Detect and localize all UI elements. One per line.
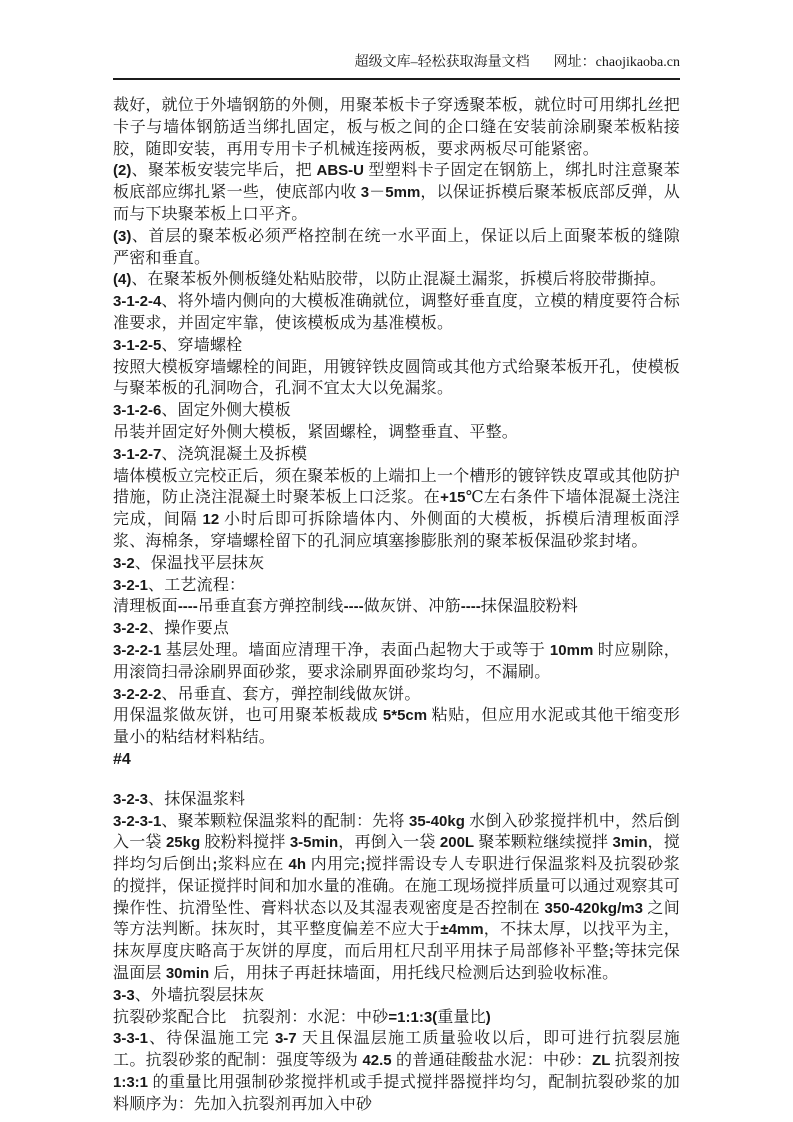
paragraph: 用保温浆做灰饼，也可用聚苯板裁成 5*5cm 粘贴，但应用水泥或其他干缩变形量小… [113, 705, 680, 749]
paragraph: 3-3、外墙抗裂层抹灰 [113, 985, 680, 1007]
paragraph: 清理板面----吊垂直套方弹控制线----做灰饼、冲筋----抹保温胶粉料 [113, 596, 680, 618]
paragraph: (2)、聚苯板安装完毕后，把 ABS-U 型塑料卡子固定在钢筋上，绑扎时注意聚苯… [113, 160, 680, 225]
url-label: 网址： [554, 55, 596, 70]
paragraph: 3-2-3、抹保温浆料 [113, 789, 680, 811]
document-body: 裁好，就位于外墙钢筋的外侧，用聚苯板卡子穿透聚苯板，就位时可用绑扎丝把卡子与墙体… [113, 95, 680, 1116]
page-header: 超级文库–轻松获取海量文档网址：chaojikaoba.cn [113, 0, 680, 78]
paragraph: 3-2、保温找平层抹灰 [113, 553, 680, 575]
paragraph: 抗裂砂浆配合比 抗裂剂：水泥：中砂=1:1:3(重量比) [113, 1007, 680, 1029]
paragraph: 墙体模板立完校正后，须在聚苯板的上端扣上一个槽形的镀锌铁皮罩或其他防护措施，防止… [113, 466, 680, 553]
paragraph: 3-2-1、工艺流程： [113, 575, 680, 597]
paragraph: 3-1-2-6、固定外侧大模板 [113, 400, 680, 422]
paragraph: 3-2-2-1 基层处理。墙面应清理干净，表面凸起物大于或等于 10mm 时应剔… [113, 640, 680, 684]
paragraph: 3-1-2-5、穿墙螺栓 [113, 335, 680, 357]
site-url: chaojikaoba.cn [596, 55, 680, 70]
paragraph: 3-1-2-7、浇筑混凝土及拆模 [113, 444, 680, 466]
paragraph: (4)、在聚苯板外侧板缝处粘贴胶带，以防止混凝土漏浆，拆模后将胶带撕掉。 [113, 269, 680, 291]
document-page: 超级文库–轻松获取海量文档网址：chaojikaoba.cn 裁好，就位于外墙钢… [0, 0, 793, 1122]
paragraph: 3-2-2、操作要点 [113, 618, 680, 640]
paragraph: 3-3-1、待保温施工完 3-7 天且保温层施工质量验收以后，即可进行抗裂层施工… [113, 1028, 680, 1115]
page-content: 超级文库–轻松获取海量文档网址：chaojikaoba.cn 裁好，就位于外墙钢… [113, 0, 680, 1116]
page-break-tag: #4 [113, 749, 680, 771]
paragraph: 按照大模板穿墙螺栓的间距，用镀锌铁皮圆筒或其他方式给聚苯板开孔，使模板与聚苯板的… [113, 357, 680, 401]
paragraph: 裁好，就位于外墙钢筋的外侧，用聚苯板卡子穿透聚苯板，就位时可用绑扎丝把卡子与墙体… [113, 95, 680, 160]
site-name: 超级文库–轻松获取海量文档 [355, 55, 530, 70]
paragraph: (3)、首层的聚苯板必须严格控制在统一水平面上，保证以后上面聚苯板的缝隙严密和垂… [113, 226, 680, 270]
paragraph: 3-1-2-4、将外墙内侧向的大模板准确就位，调整好垂直度，立模的精度要符合标准… [113, 291, 680, 335]
paragraph: 3-2-2-2、吊垂直、套方，弹控制线做灰饼。 [113, 684, 680, 706]
paragraph: 3-2-3-1、聚苯颗粒保温浆料的配制：先将 35-40kg 水倒入砂浆搅拌机中… [113, 811, 680, 985]
paragraph: 吊装并固定好外侧大模板，紧固螺栓，调整垂直、平整。 [113, 422, 680, 444]
header-divider [113, 78, 680, 80]
